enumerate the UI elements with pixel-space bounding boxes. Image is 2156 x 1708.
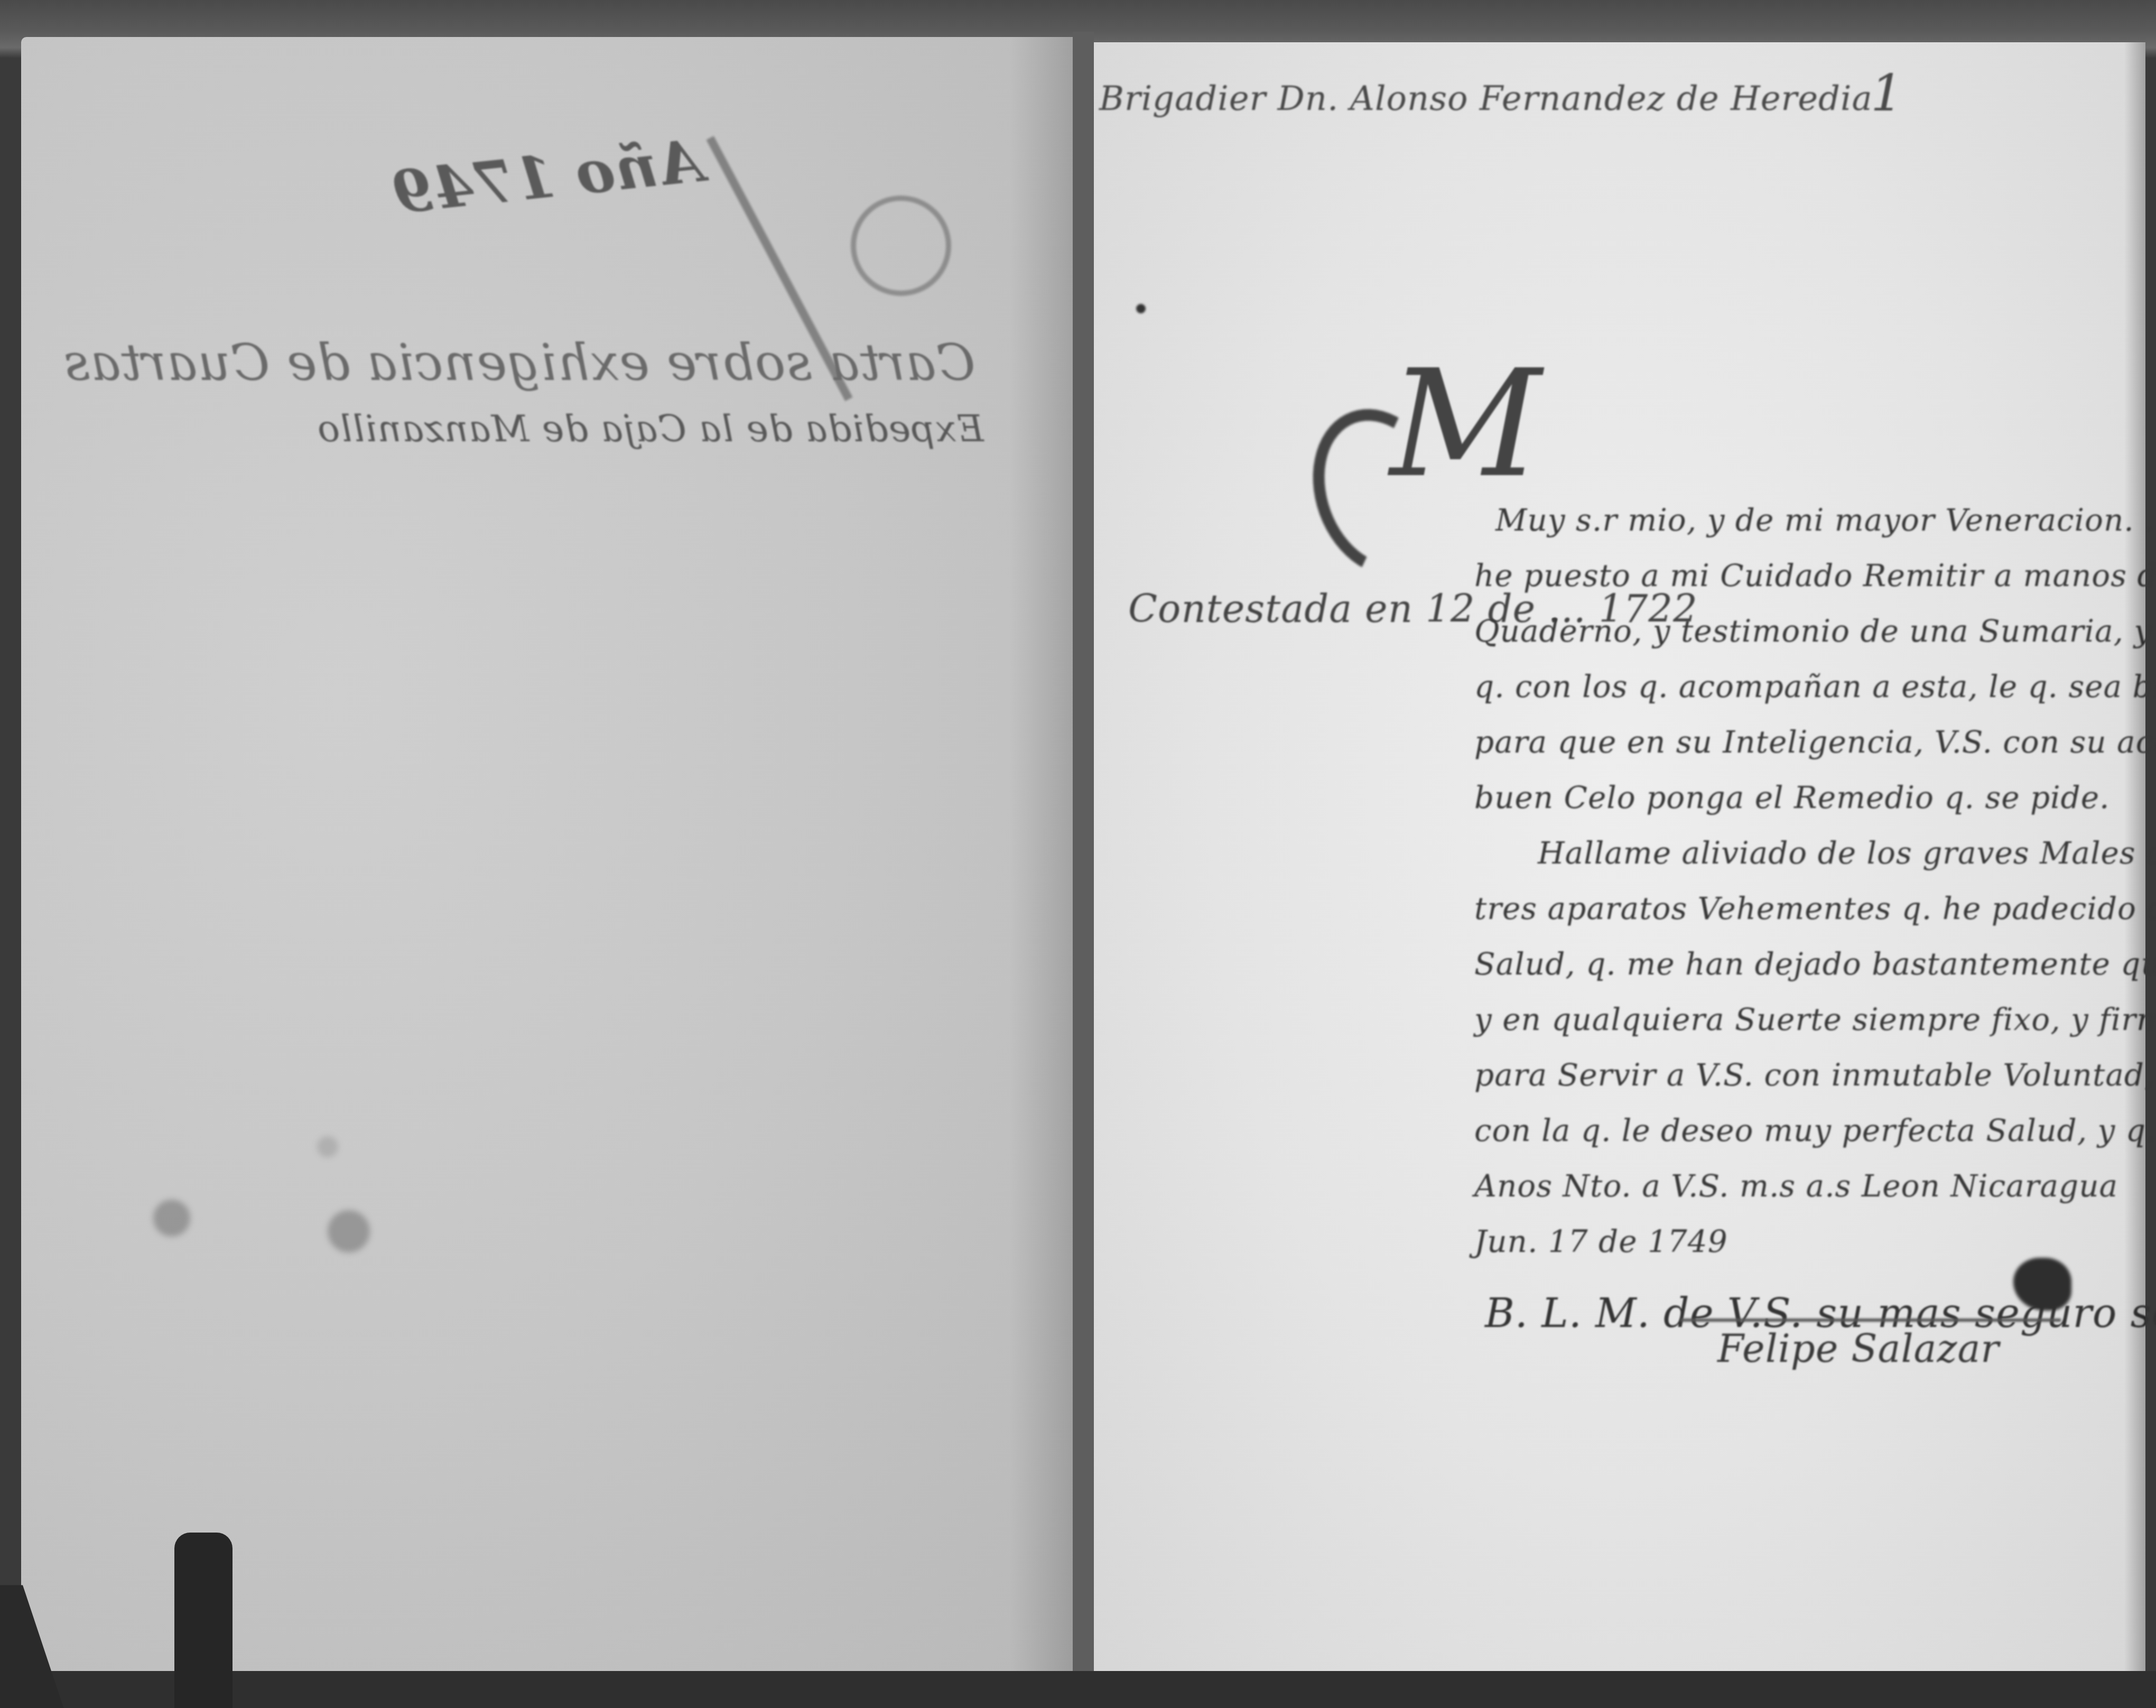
letter-line: buen Celo ponga el Remedio q. se pide. xyxy=(1474,779,2110,815)
ink-stain xyxy=(328,1210,370,1252)
decorative-initial: M xyxy=(1390,338,1542,510)
right-page: Brigadier Dn. Alonso Fernandez de Heredi… xyxy=(1094,42,2145,1691)
letter-line: y en qualquiera Suerte siempre fixo, y f… xyxy=(1474,1001,2156,1037)
letter-line: Hallame aliviado de los graves Males con xyxy=(1538,835,2156,871)
letter-line: para Servir a V.S. con inmutable Volunta… xyxy=(1474,1057,2154,1093)
bleed-through-year: Año 1749 xyxy=(388,126,706,227)
letter-line: he puesto a mi Cuidado Remitir a manos d… xyxy=(1474,558,2156,593)
letter-line: q. con los q. acompañan a esta, le q. se… xyxy=(1474,669,2156,704)
signature: Felipe Salazar xyxy=(1717,1326,2000,1371)
flourish-loop xyxy=(851,196,951,296)
bleed-through-title-line1: Carta sobre exhigencia de Cuartas xyxy=(63,333,975,392)
letter-date-line: Jun. 17 de 1749 xyxy=(1474,1223,1728,1259)
ink-dot xyxy=(1136,304,1146,313)
addressee-header: Brigadier Dn. Alonso Fernandez de Heredi… xyxy=(1099,79,1873,118)
letter-line: con la q. le deseo muy perfecta Salud, y… xyxy=(1474,1112,2156,1148)
left-page: Año 1749 Carta sobre exhigencia de Cuart… xyxy=(21,37,1073,1686)
letter-line: para que en su Inteligencia, V.S. con su… xyxy=(1474,724,2156,760)
ink-stain xyxy=(153,1200,190,1237)
letter-line: Salud, q. me han dejado bastantemente qu… xyxy=(1474,946,2156,982)
letter-line: Quaderno, y testimonio de una Sumaria, y… xyxy=(1474,613,2156,649)
signature-underline xyxy=(1680,1319,2061,1322)
book-gutter xyxy=(1073,32,1094,1708)
folio-number: 1 xyxy=(1871,63,1903,123)
letter-line: tres aparatos Vehementes q. he padecido … xyxy=(1474,890,2156,926)
bleed-through-title-line2: Expedida de la Caja de Manzanillo xyxy=(317,407,984,450)
letter-line: Muy s.r mio, y de mi mayor Veneracion. .… xyxy=(1495,502,2156,538)
ink-stain xyxy=(317,1136,338,1157)
book-clamp xyxy=(174,1533,233,1708)
scan-bottom-edge xyxy=(0,1671,2156,1708)
letter-line: Anos Nto. a V.S. m.s a.s Leon Nicaragua xyxy=(1474,1168,2118,1204)
